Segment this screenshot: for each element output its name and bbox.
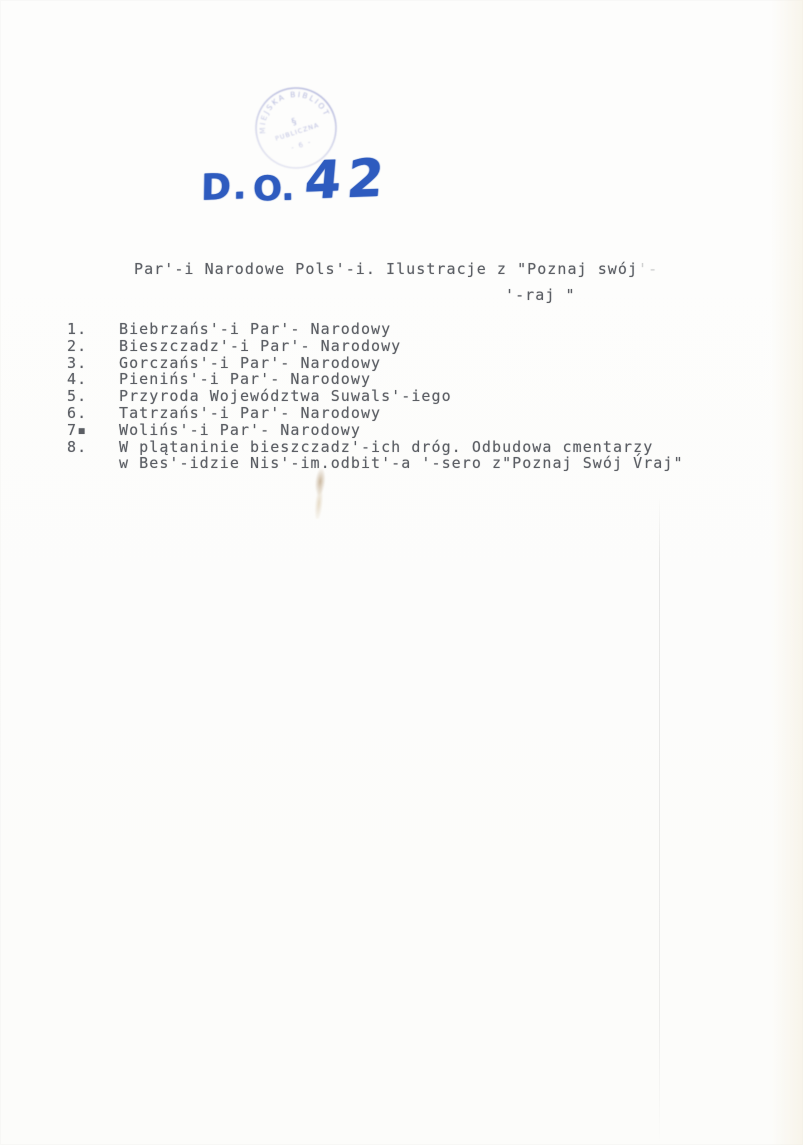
list-item-number: 1. xyxy=(67,322,119,337)
list-item-text: Bieszczadz'-i Par'- Narodowy xyxy=(119,337,401,355)
list-item: 6.Tatrzańs'-i Par'- Narodowy xyxy=(67,406,381,421)
handwriting-part-d: D. xyxy=(201,166,249,209)
scanned-document-page: MIEJSKA BIBLIOTEKA § PUBLICZNA - 6 - D. … xyxy=(0,0,803,1145)
list-item: 1.Biebrzańs'-i Par'- Narodowy xyxy=(67,322,391,337)
list-item-number: 4. xyxy=(67,372,119,387)
paper-edge-tint xyxy=(771,0,803,1145)
handwriting-part-42: 42 xyxy=(302,148,392,211)
title-line1-faint-tail: '- xyxy=(638,260,658,278)
paper-crease-line xyxy=(659,495,660,1145)
document-title-line1: Par'-i Narodowe Pols'-i. Ilustracje z "P… xyxy=(134,262,658,277)
list-item-text: Wolińs'-i Par'- Narodowy xyxy=(119,421,361,439)
list-item-number: 2. xyxy=(67,339,119,354)
list-item: 4.Pienińs'-i Par'- Narodowy xyxy=(67,372,371,387)
handwriting-part-o: O. xyxy=(253,169,295,210)
list-item-continuation: w Bes'-idzie Nis'-im.odbit'-a '-sero z"P… xyxy=(119,456,684,471)
list-item: 3.Gorczańs'-i Par'- Narodowy xyxy=(67,356,381,371)
document-title-line2: '-raj " xyxy=(505,288,576,303)
list-item: 5.Przyroda Województwa Suwals'-iego xyxy=(67,389,452,404)
list-item-number: 3. xyxy=(67,356,119,371)
list-item-text: Przyroda Województwa Suwals'-iego xyxy=(119,387,452,405)
list-item: 2.Bieszczadz'-i Par'- Narodowy xyxy=(67,339,401,354)
list-item-text: Tatrzańs'-i Par'- Narodowy xyxy=(119,404,381,422)
title-line1-text: Par'-i Narodowe Pols'-i. Ilustracje z "P… xyxy=(134,260,638,278)
list-item: 7▪Wolińs'-i Par'- Narodowy xyxy=(67,423,361,438)
list-item: 8.W plątaninie bieszczadz'-ich dróg. Odb… xyxy=(67,440,653,455)
list-item-number: 5. xyxy=(67,389,119,404)
list-item-text: Pienińs'-i Par'- Narodowy xyxy=(119,370,371,388)
stamp-bottom-text: - 6 - xyxy=(290,138,313,152)
list-item-number: 7▪ xyxy=(67,423,119,438)
list-item-text: Biebrzańs'-i Par'- Narodowy xyxy=(119,320,391,338)
paper-stain-smudge xyxy=(308,466,329,519)
list-item-number: 8. xyxy=(67,440,119,455)
stamp-center-emblem: § xyxy=(290,117,298,128)
list-item-number: 6. xyxy=(67,406,119,421)
